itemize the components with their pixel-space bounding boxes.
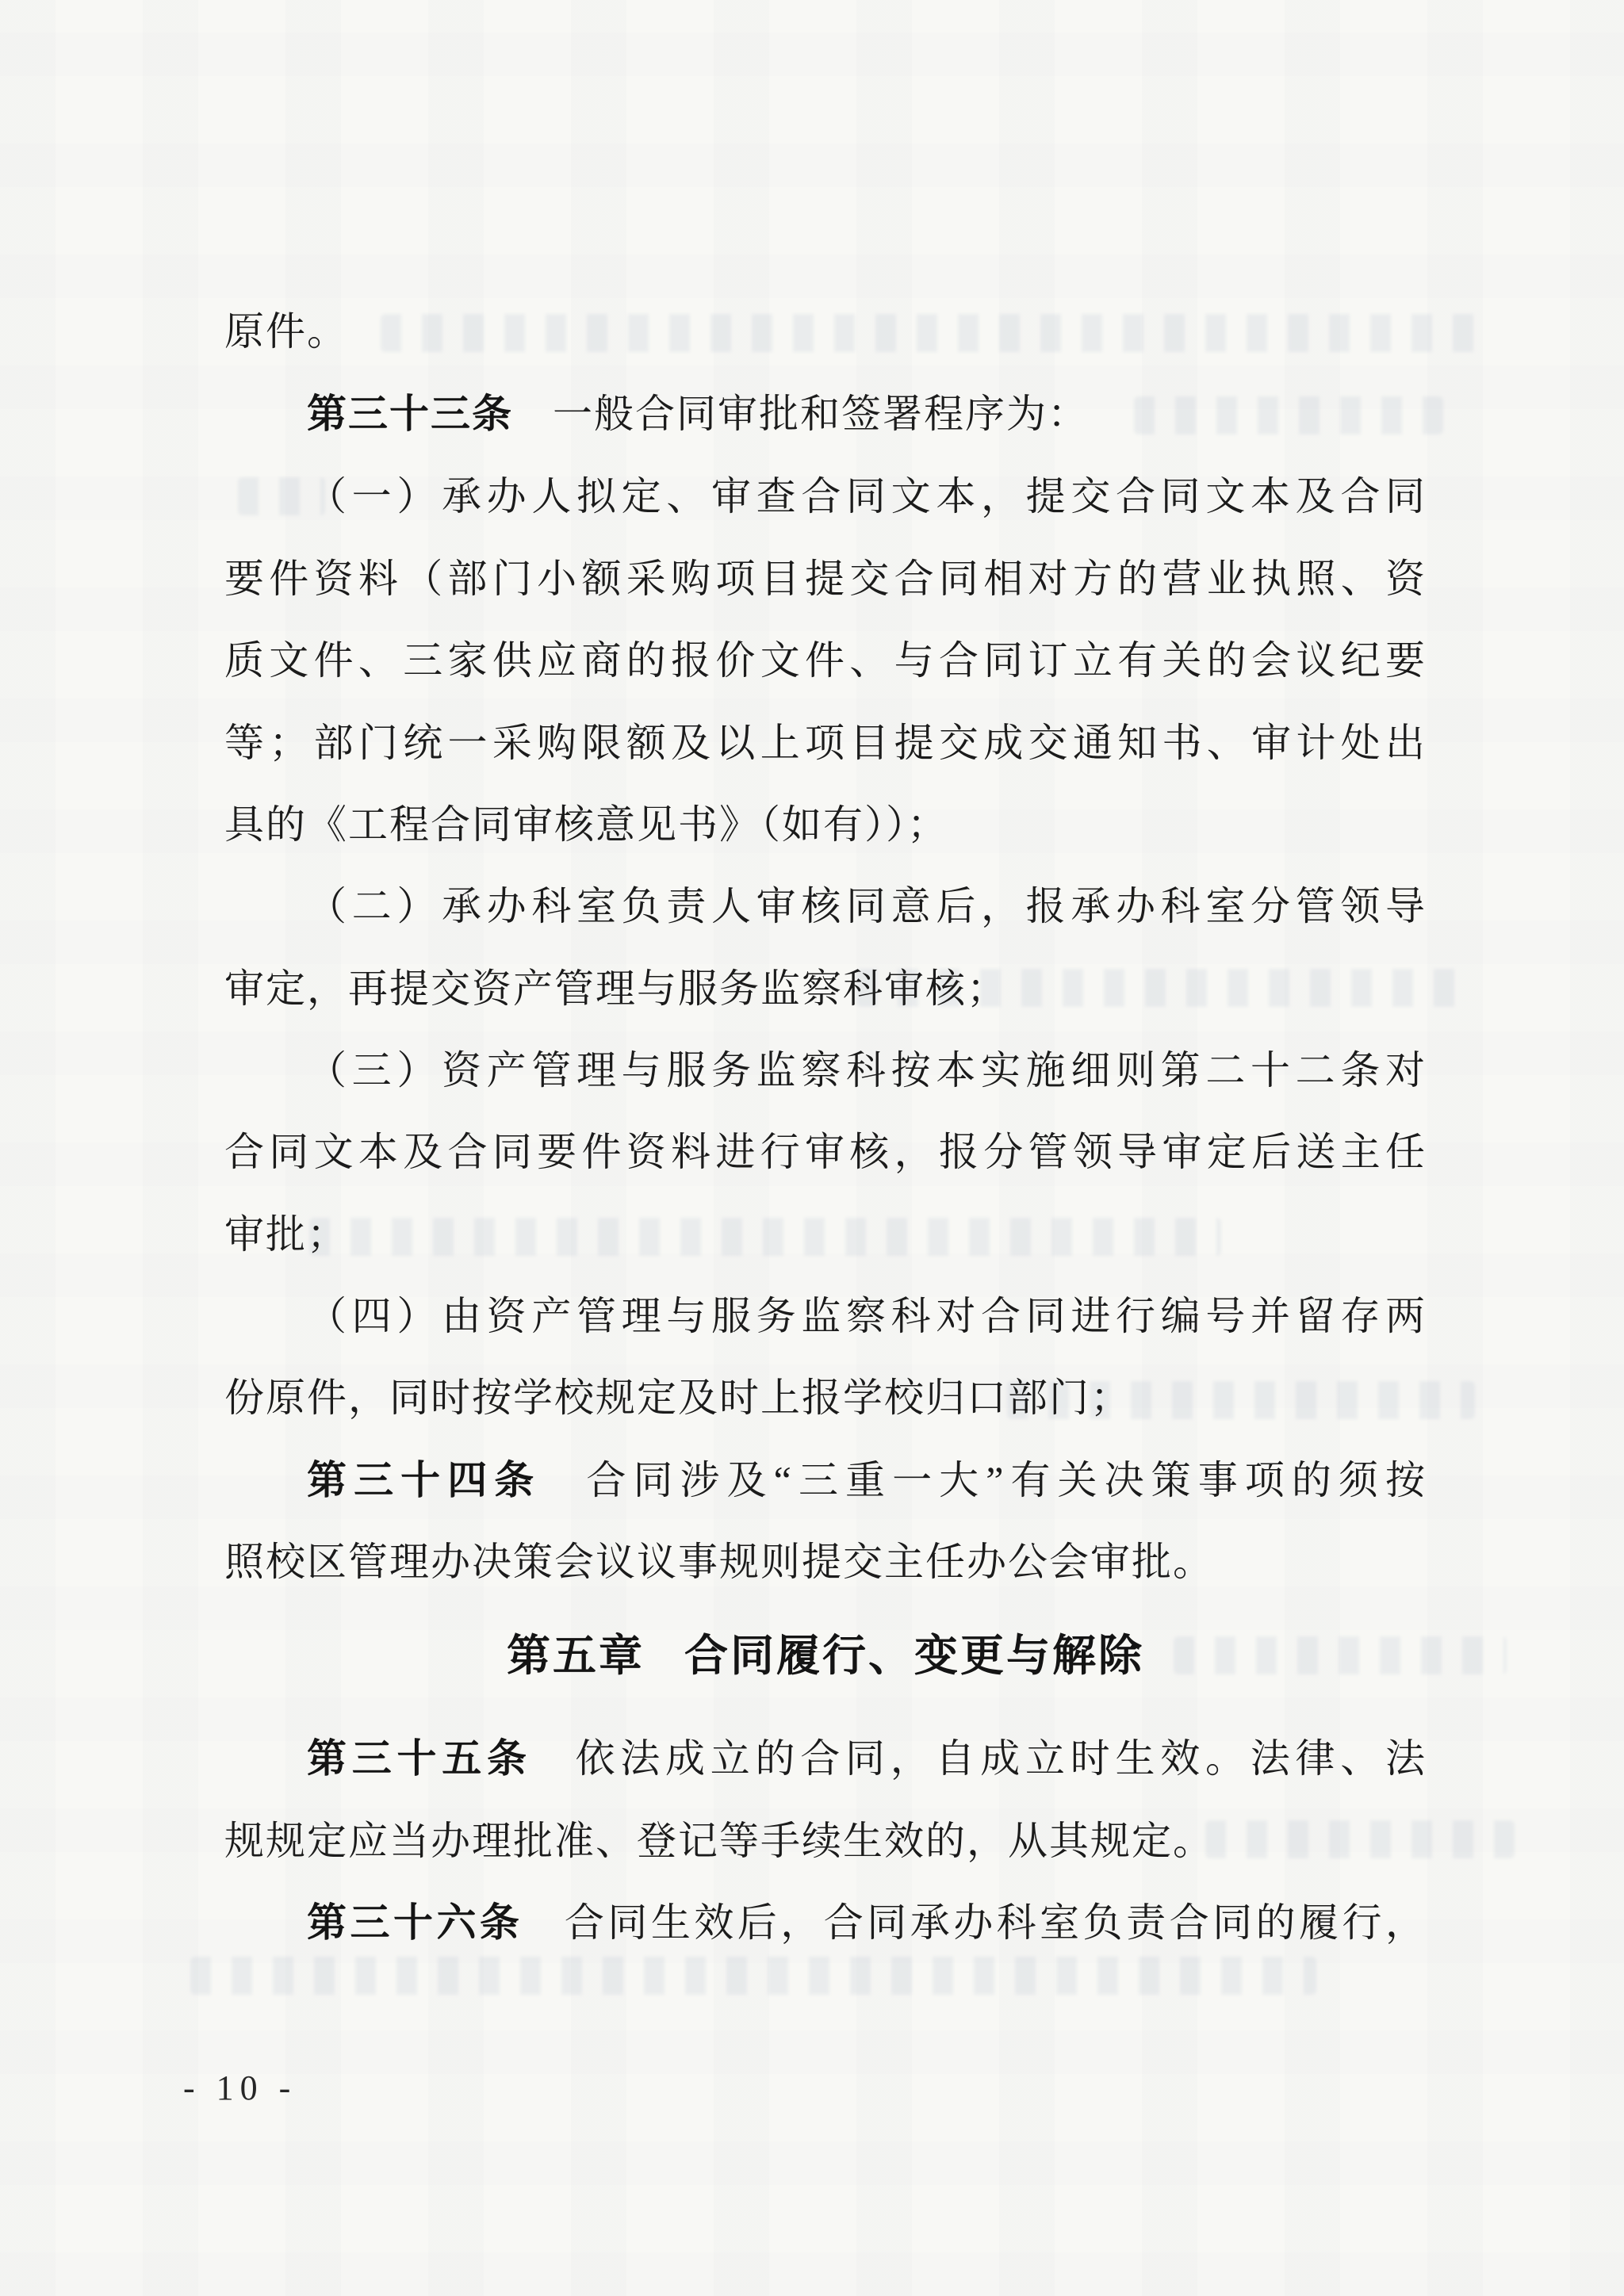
clause-number: 第三十五条 [307, 1736, 532, 1781]
text-line: 原件。 [224, 308, 1427, 355]
text-line: 具的《工程合同审核意见书》（如有））； [224, 801, 1427, 848]
chapter-heading: 第五章合同履行、变更与解除 [224, 1632, 1427, 1679]
text-line: 质文件、三家供应商的报价文件、与合同订立有关的会议纪要 [224, 637, 1427, 684]
clause-text: 合同生效后，合同承办科室负责合同的履行， [562, 1900, 1427, 1945]
text-line: （二）承办科室负责人审核同意后，报承办科室分管领导 [224, 882, 1427, 930]
clause-line: 第三十六条合同生效后，合同承办科室负责合同的履行， [224, 1899, 1427, 1946]
text-line: （三）资产管理与服务监察科按本实施细则第二十二条对 [224, 1047, 1427, 1094]
text-line: 规规定应当办理批准、登记等手续生效的，从其规定。 [224, 1817, 1427, 1865]
text-line: 审批； [224, 1211, 1427, 1258]
clause-text: 一般合同审批和签署程序为： [553, 392, 1089, 436]
page-number: - 10 - [183, 2068, 297, 2108]
bleed-through-artifact [190, 1957, 1316, 1995]
clause-gap [645, 1670, 684, 1670]
clause-gap [513, 427, 553, 427]
text-line: 要件资料（部门小额采购项目提交合同相对方的营业执照、资 [224, 555, 1427, 603]
chapter-title-text: 合同履行、变更与解除 [684, 1631, 1144, 1680]
clause-gap [541, 1493, 580, 1494]
text-line: 合同文本及合同要件资料进行审核，报分管领导审定后送主任 [224, 1128, 1427, 1176]
clause-number: 第三十六条 [307, 1900, 523, 1945]
text-line: 份原件，同时按学校规定及时上报学校归口部门； [224, 1374, 1427, 1422]
clause-gap [523, 1935, 562, 1936]
chapter-number: 第五章 [507, 1631, 645, 1680]
clause-text: 依法成立的合同，自成立时生效。法律、法 [572, 1736, 1427, 1781]
text-line: 审定，再提交资产管理与服务监察科审核； [224, 965, 1427, 1012]
clause-text: 合同涉及“三重一大”有关决策事项的须按 [580, 1458, 1427, 1502]
clause-line: 第三十五条依法成立的合同，自成立时生效。法律、法 [224, 1735, 1427, 1782]
text-line: 照校区管理办决策会议议事规则提交主任办公会审批。 [224, 1538, 1427, 1586]
clause-line: 第三十四条合同涉及“三重一大”有关决策事项的须按 [224, 1456, 1427, 1504]
text-line: （四）由资产管理与服务监察科对合同进行编号并留存两 [224, 1292, 1427, 1340]
text-line: （一）承办人拟定、审查合同文本，提交合同文本及合同 [224, 473, 1427, 520]
clause-line: 第三十三条一般合同审批和签署程序为： [224, 390, 1427, 438]
clause-number: 第三十三条 [307, 392, 513, 436]
clause-number: 第三十四条 [307, 1458, 541, 1502]
scanned-document-page: 原件。第三十三条一般合同审批和签署程序为：（一）承办人拟定、审查合同文本，提交合… [0, 0, 1624, 2296]
text-line: 等；部门统一采购限额及以上项目提交成交通知书、审计处出 [224, 719, 1427, 767]
clause-gap [532, 1771, 572, 1772]
